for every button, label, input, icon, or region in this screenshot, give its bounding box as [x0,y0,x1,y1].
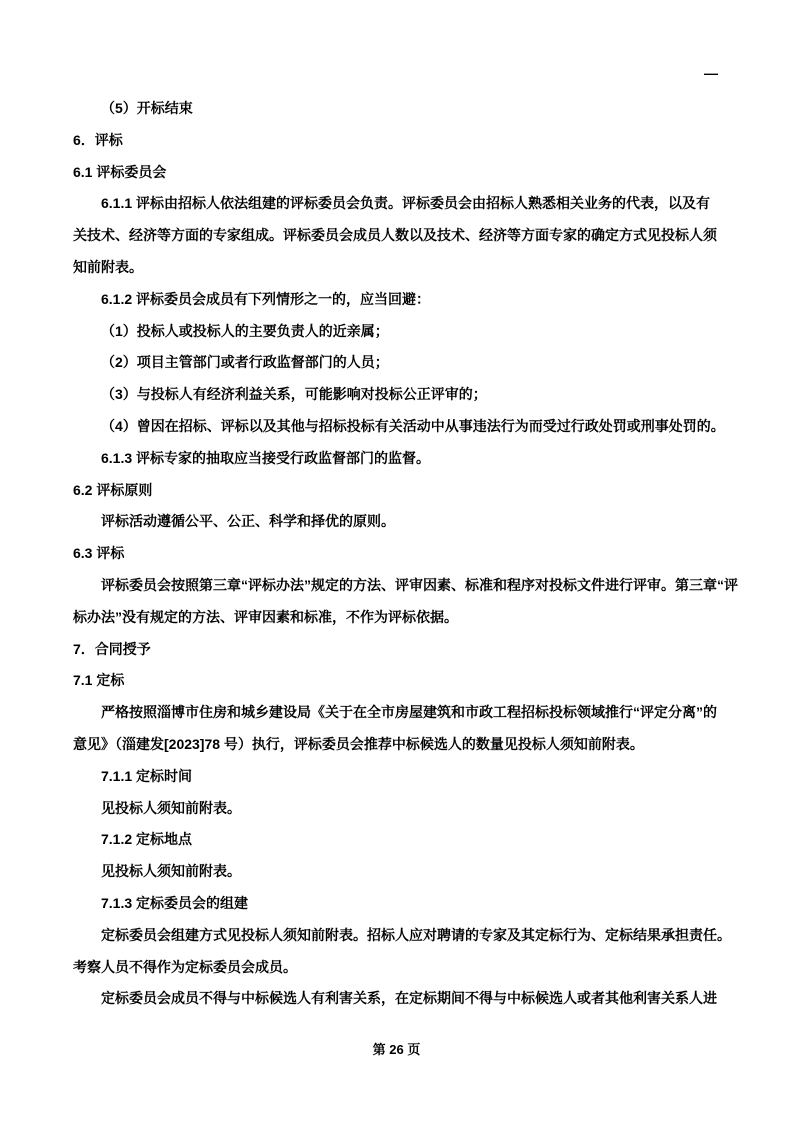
clause-6-1-2: 6.1.2 评标委员会成员有下列情形之一的，应当回避： [73,284,719,316]
heading-6-2: 6.2 评标原则 [73,475,719,507]
paragraph-line: 定标委员会成员不得与中标候选人有利害关系，在定标期间不得与中标候选人或者其他利害… [73,983,719,1015]
header-dash: — [704,65,718,81]
heading-6-3: 6.3 评标 [73,538,719,570]
paragraph-line: 评标委员会按照第三章“评标办法”规定的方法、评审因素、标准和程序对投标文件进行评… [73,570,719,602]
heading-7: 7．合同授予 [73,634,719,666]
list-item-2: （2）项目主管部门或者行政监督部门的人员； [73,347,719,379]
heading-6-1: 6.1 评标委员会 [73,157,719,189]
paragraph-line: 意见》（淄建发[2023]78 号）执行，评标委员会推荐中标候选人的数量见投标人… [73,729,719,761]
heading-7-1: 7.1 定标 [73,665,719,697]
paragraph-line: 见投标人须知前附表。 [73,856,719,888]
clause-6-1-1: 6.1.1 评标由招标人依法组建的评标委员会负责。评标委员会由招标人熟悉相关业务… [73,188,719,220]
paragraph-line: 考察人员不得作为定标委员会成员。 [73,952,719,984]
paragraph-line: 定标委员会组建方式见投标人须知前附表。招标人应对聘请的专家及其定标行为、定标结果… [73,920,719,952]
list-item-1: （1）投标人或投标人的主要负责人的近亲属； [73,316,719,348]
heading-7-1-3: 7.1.3 定标委员会的组建 [73,888,719,920]
document-body: （5）开标结束6．评标6.1 评标委员会6.1.1 评标由招标人依法组建的评标委… [73,93,719,1015]
paragraph-line: 知前附表。 [73,252,719,284]
page-number: 第 26 页 [0,1040,793,1060]
document-page: — （5）开标结束6．评标6.1 评标委员会6.1.1 评标由招标人依法组建的评… [0,0,793,1121]
paragraph-line: 关技术、经济等方面的专家组成。评标委员会成员人数以及技术、经济等方面专家的确定方… [73,220,719,252]
paragraph-line: 评标活动遵循公平、公正、科学和择优的原则。 [73,506,719,538]
paragraph-line: 标办法”没有规定的方法、评审因素和标准，不作为评标依据。 [73,602,719,634]
paragraph-line: 严格按照淄博市住房和城乡建设局《关于在全市房屋建筑和市政工程招标投标领域推行“评… [73,697,719,729]
list-item-5: （5）开标结束 [73,93,719,125]
heading-6: 6．评标 [73,125,719,157]
list-item-3: （3）与投标人有经济利益关系，可能影响对投标公正评审的； [73,379,719,411]
list-item-4: （4）曾因在招标、评标以及其他与招标投标有关活动中从事违法行为而受过行政处罚或刑… [73,411,719,443]
heading-7-1-2: 7.1.2 定标地点 [73,824,719,856]
heading-7-1-1: 7.1.1 定标时间 [73,761,719,793]
clause-6-1-3: 6.1.3 评标专家的抽取应当接受行政监督部门的监督。 [73,443,719,475]
paragraph-line: 见投标人须知前附表。 [73,793,719,825]
